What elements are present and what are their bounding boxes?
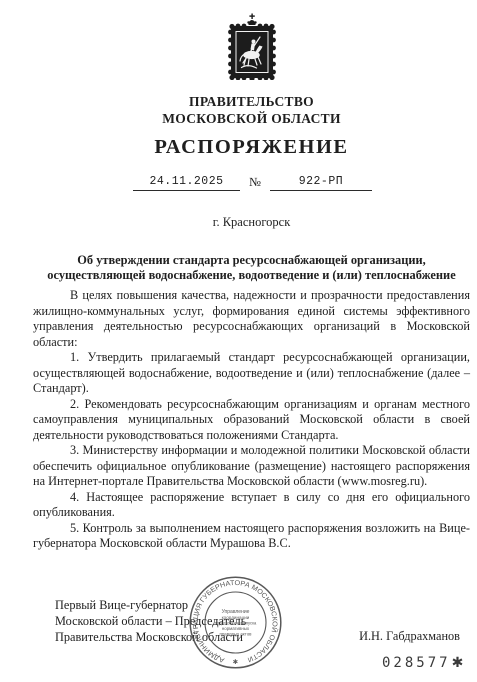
city-line: г. Красногорск (33, 215, 470, 230)
coat-of-arms-icon (227, 13, 277, 80)
doc-number: 922-РП (270, 175, 372, 191)
org-name-line2: МОСКОВСКОЙ ОБЛАСТИ (33, 110, 470, 127)
doc-date: 24.11.2025 (133, 175, 240, 191)
signatory-name: И.Н. Габдрахманов (350, 629, 460, 644)
serial-number-block: 028577 ✱ (382, 655, 463, 671)
doc-body: В целях повышения качества, надежности и… (33, 288, 470, 552)
serial-number: 028577 (382, 655, 451, 671)
signature-post-line1: Первый Вице-губернатор (55, 597, 305, 613)
signature-post-line2: Московской области – Председатель (55, 613, 305, 629)
signature-post-line3: Правительства Московской области (55, 629, 305, 645)
serial-star-icon: ✱ (452, 655, 464, 671)
document-page: ПРАВИТЕЛЬСТВО МОСКОВСКОЙ ОБЛАСТИ РАСПОРЯ… (0, 0, 477, 682)
paragraph-item-5: 5. Контроль за выполнением настоящего ра… (33, 521, 470, 552)
signature-post: Первый Вице-губернатор Московской област… (55, 597, 305, 645)
paragraph-item-3: 3. Министерству информации и молодежной … (33, 443, 470, 490)
paragraph-item-1: 1. Утвердить прилагаемый стандарт ресурс… (33, 350, 470, 397)
org-name: ПРАВИТЕЛЬСТВО МОСКОВСКОЙ ОБЛАСТИ (33, 93, 470, 127)
number-sign: № (249, 175, 261, 190)
paragraph-intro: В целях повышения качества, надежности и… (33, 288, 470, 350)
doc-type-heading: РАСПОРЯЖЕНИЕ (33, 136, 470, 159)
stamp-star: ✱ (233, 658, 238, 666)
date-number-line: 24.11.2025 № 922-РП (133, 175, 372, 191)
org-name-line1: ПРАВИТЕЛЬСТВО (33, 93, 470, 110)
paragraph-item-2: 2. Рекомендовать ресурсоснабжающим орган… (33, 397, 470, 444)
doc-subject-line1: Об утверждении стандарта ресурсоснабжающ… (33, 253, 470, 268)
doc-subject-line2: осуществляющей водоснабжение, водоотведе… (33, 268, 470, 283)
paragraph-item-4: 4. Настоящее распоряжение вступает в сил… (33, 490, 470, 521)
doc-subject: Об утверждении стандарта ресурсоснабжающ… (33, 253, 470, 283)
